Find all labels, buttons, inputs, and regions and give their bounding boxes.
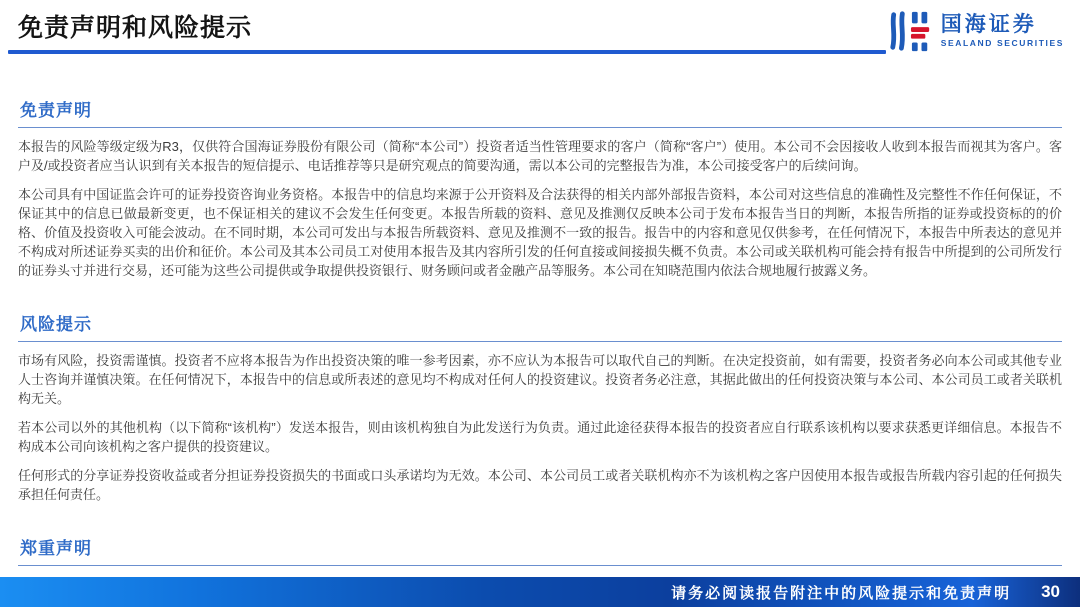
footer-notice: 请务必阅读报告附注中的风险提示和免责声明 [671, 582, 1011, 603]
section-heading-disclaimer: 免责声明 [18, 96, 1062, 128]
header: 免责声明和风险提示 [0, 0, 1080, 60]
sealand-logo-icon [887, 8, 933, 54]
page-number: 30 [1041, 582, 1060, 602]
logo-name-en: SEALAND SECURITIES [941, 39, 1064, 48]
title-underline [8, 50, 886, 54]
content: 免责声明 本报告的风险等级定级为R3，仅供符合国海证券股份有限公司（简称“本公司… [0, 96, 1080, 607]
section-risk-warning: 风险提示 市场有风险，投资需谨慎。投资者不应将本报告为作出投资决策的唯一参考因素… [18, 310, 1062, 504]
section-disclaimer: 免责声明 本报告的风险等级定级为R3，仅供符合国海证券股份有限公司（简称“本公司… [18, 96, 1062, 280]
paragraph: 市场有风险，投资需谨慎。投资者不应将本报告为作出投资决策的唯一参考因素，亦不应认… [18, 351, 1062, 408]
footer-bar: 请务必阅读报告附注中的风险提示和免责声明 30 [0, 577, 1080, 607]
paragraph: 本公司具有中国证监会许可的证券投资咨询业务资格。本报告中的信息均来源于公开资料及… [18, 185, 1062, 280]
section-heading-risk-warning: 风险提示 [18, 310, 1062, 342]
slide-page: 免责声明和风险提示 [0, 0, 1080, 607]
logo-text: 国海证券 SEALAND SECURITIES [941, 14, 1064, 48]
section-heading-solemn-statement: 郑重声明 [18, 534, 1062, 566]
company-logo: 国海证券 SEALAND SECURITIES [887, 8, 1064, 54]
logo-name-cn: 国海证券 [941, 14, 1064, 35]
paragraph: 本报告的风险等级定级为R3，仅供符合国海证券股份有限公司（简称“本公司”）投资者… [18, 137, 1062, 175]
paragraph: 任何形式的分享证券投资收益或者分担证券投资损失的书面或口头承诺均为无效。本公司、… [18, 466, 1062, 504]
paragraph: 若本公司以外的其他机构（以下简称“该机构”）发送本报告，则由该机构独自为此发送行… [18, 418, 1062, 456]
